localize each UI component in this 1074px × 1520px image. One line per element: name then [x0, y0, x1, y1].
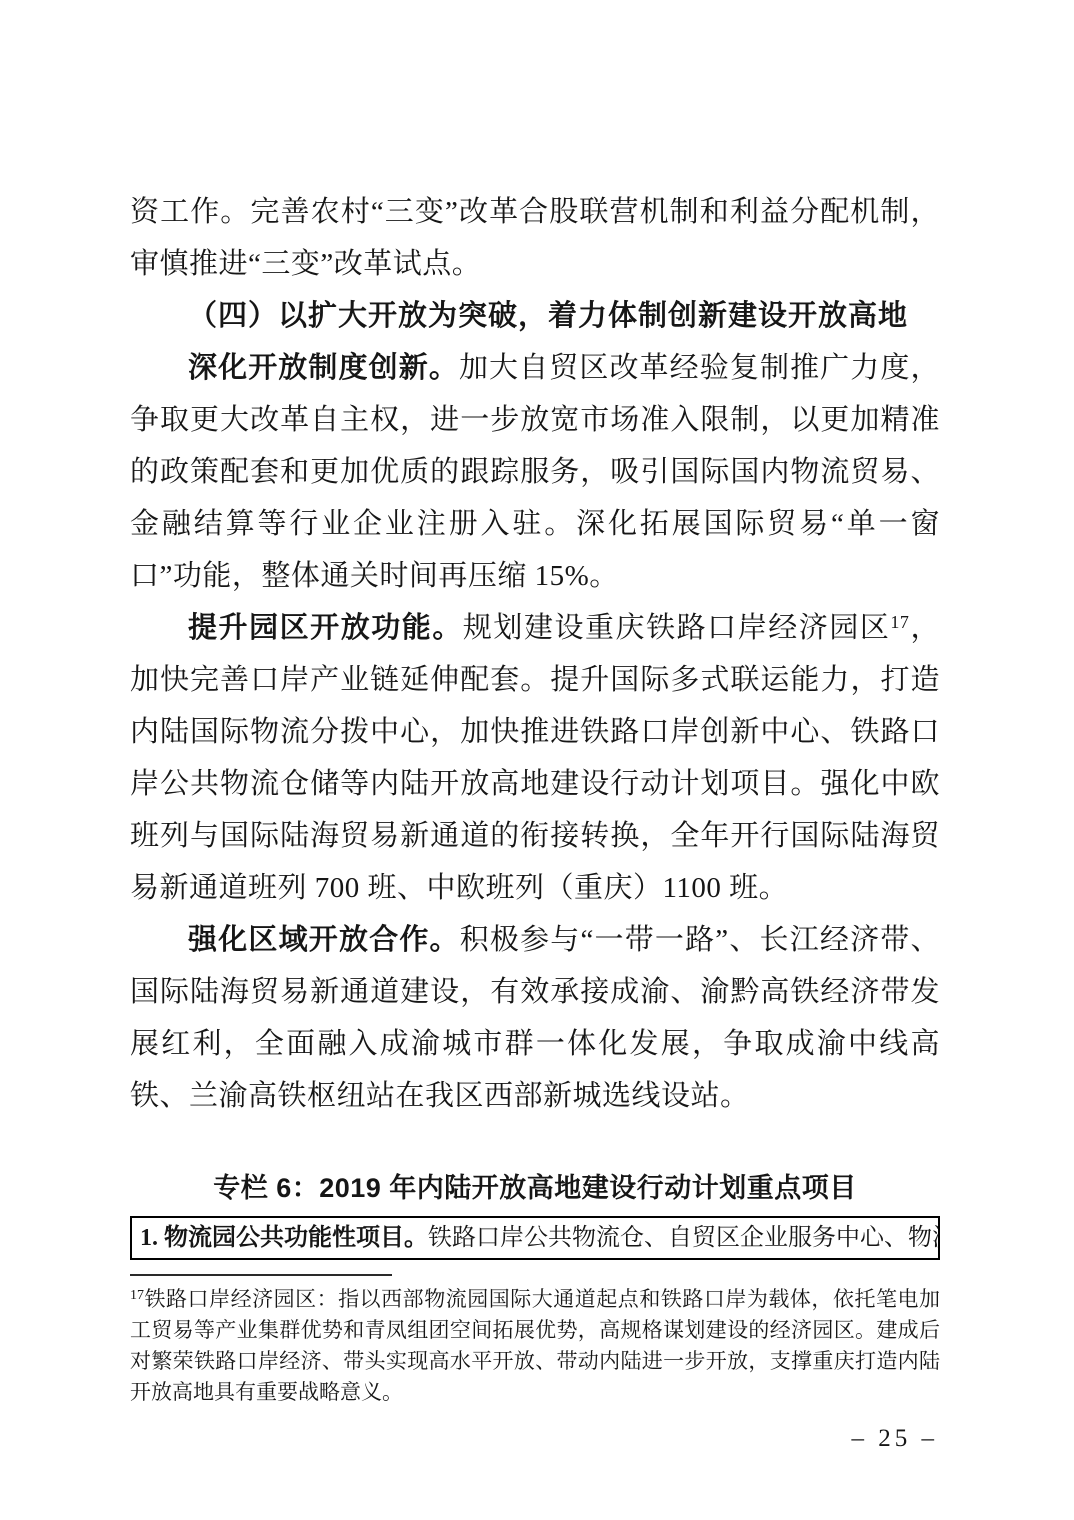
box-item-lead: 1. 物流园公共功能性项目。: [140, 1225, 428, 1251]
footnote-17: 17铁路口岸经济园区：指以西部物流园国际大通道起点和铁路口岸为载体，依托笔电加工…: [130, 1284, 940, 1408]
paragraph-text: ，加快完善口岸产业链延伸配套。提升国际多式联运能力，打造内陆国际物流分拨中心，加…: [130, 612, 940, 904]
paragraph-text: 加大自贸区改革经验复制推广力度，争取更大改革自主权，进一步放宽市场准入限制，以更…: [130, 352, 940, 592]
column-box-title: 专栏 6：2019 年内陆开放高地建设行动计划重点项目: [130, 1162, 940, 1214]
section-heading-4: （四）以扩大开放为突破，着力体制创新建设开放高地: [130, 290, 940, 342]
footnote-area: 17铁路口岸经济园区：指以西部物流园国际大通道起点和铁路口岸为载体，依托笔电加工…: [130, 1274, 940, 1408]
paragraph-lead: 提升园区开放功能。: [188, 612, 463, 644]
paragraph-deepen-open-system: 深化开放制度创新。加大自贸区改革经验复制推广力度，争取更大改革自主权，进一步放宽…: [130, 342, 940, 602]
box-item-text: 铁路口岸公共物流仓、自贸区企业服务中心、物流园中: [428, 1225, 940, 1251]
paragraph-park-open-function: 提升园区开放功能。规划建设重庆铁路口岸经济园区17，加快完善口岸产业链延伸配套。…: [130, 602, 940, 914]
footnote-separator-rule: [130, 1274, 392, 1276]
page-content: 资工作。完善农村“三变”改革合股联营机制和利益分配机制，审慎推进“三变”改革试点…: [130, 186, 940, 1454]
paragraph-text: 规划建设重庆铁路口岸经济园区: [463, 612, 891, 644]
paragraph-regional-cooperation: 强化区域开放合作。积极参与“一带一路”、长江经济带、国际陆海贸易新通道建设，有效…: [130, 914, 940, 1122]
footnote-marker: 17: [130, 1288, 144, 1303]
footnote-text: 铁路口岸经济园区：指以西部物流园国际大通道起点和铁路口岸为载体，依托笔电加工贸易…: [130, 1287, 940, 1404]
page-number: – 25 –: [130, 1424, 940, 1454]
column-box: 1. 物流园公共功能性项目。铁路口岸公共物流仓、自贸区企业服务中心、物流园中: [130, 1216, 940, 1260]
footnote-reference-17: 17: [890, 612, 909, 632]
paragraph-continuation: 资工作。完善农村“三变”改革合股联营机制和利益分配机制，审慎推进“三变”改革试点…: [130, 186, 940, 290]
paragraph-lead: 强化区域开放合作。: [188, 924, 460, 956]
document-page: 资工作。完善农村“三变”改革合股联营机制和利益分配机制，审慎推进“三变”改革试点…: [0, 0, 1074, 1520]
paragraph-lead: 深化开放制度创新。: [188, 352, 459, 384]
